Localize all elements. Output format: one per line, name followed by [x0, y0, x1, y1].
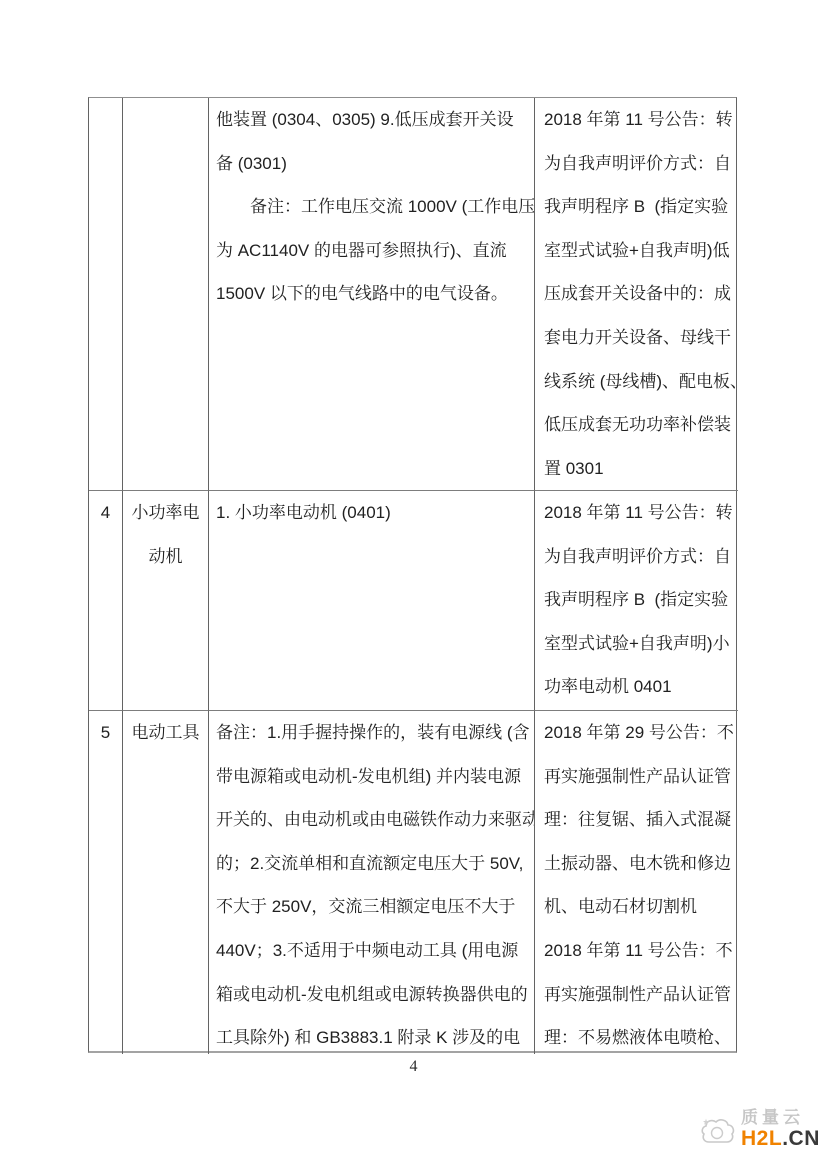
table-cell-row2-number: 4	[89, 491, 123, 711]
watermark-domain-primary: H2L	[741, 1127, 782, 1150]
table-cell-row3-description: 备注：1.用手握持操作的，装有电源线 (含 带电源箱或电动机-发电机组) 并内装…	[209, 711, 535, 1054]
table-cell-row3-announcement: 2018 年第 29 号公告：不 再实施强制性产品认证管 理：往复锯、插入式混凝…	[535, 711, 738, 1054]
table-cell-row2-description: 1. 小功率电动机 (0401)	[209, 491, 535, 711]
table-cell-row2-announcement: 2018 年第 11 号公告：转 为自我声明评价方式：自 我声明程序 B (指定…	[535, 491, 738, 711]
table-cell-row2-category: 小功率电 动机	[123, 491, 209, 711]
ccc-catalog-table: 他装置 (0304、0305) 9.低压成套开关设 备 (0301) 备注：工作…	[88, 97, 737, 1053]
watermark-brand-name: 质量云	[741, 1108, 804, 1127]
page-number: 4	[0, 1058, 827, 1076]
watermark: 质量云 H2L.CN	[697, 1108, 820, 1159]
table-cell-row1-description: 他装置 (0304、0305) 9.低压成套开关设 备 (0301) 备注：工作…	[209, 98, 535, 491]
table-cell-row3-category: 电动工具	[123, 711, 209, 1054]
document-page: 他装置 (0304、0305) 9.低压成套开关设 备 (0301) 备注：工作…	[0, 0, 827, 1170]
table-cell-row1-number	[89, 98, 123, 491]
table-cell-row1-category	[123, 98, 209, 491]
watermark-domain: H2L.CN	[741, 1127, 820, 1150]
table-cell-row3-number: 5	[89, 711, 123, 1054]
table-cell-row1-announcement: 2018 年第 11 号公告：转 为自我声明评价方式：自 我声明程序 B (指定…	[535, 98, 738, 491]
cloud-logo-icon	[697, 1112, 739, 1159]
watermark-domain-suffix: .CN	[782, 1127, 820, 1150]
